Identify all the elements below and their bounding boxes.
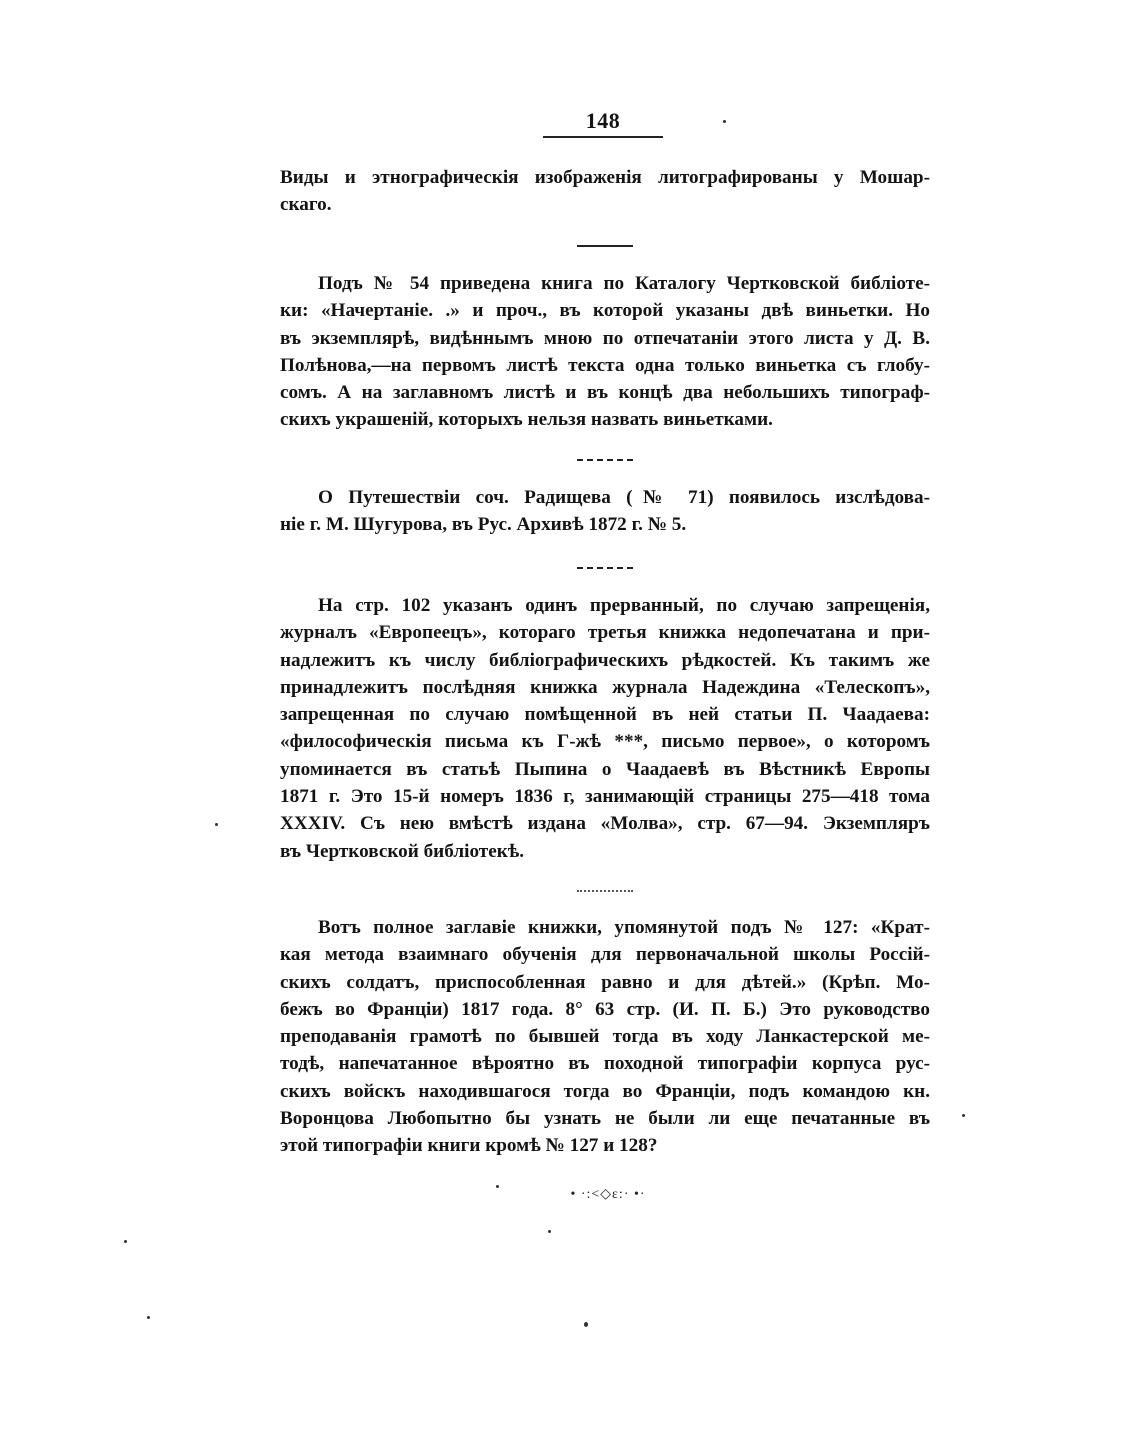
text-line: кая метода взаимнаго обученія для первон… bbox=[280, 941, 930, 968]
paragraph-3: О Путешествіи соч. Радищева (№ 71) появи… bbox=[280, 484, 930, 539]
scan-speck bbox=[496, 1185, 499, 1188]
text-line: упоминается въ статьѣ Пыпина о Чаадаевѣ … bbox=[280, 756, 930, 783]
scan-speck bbox=[723, 120, 726, 123]
text-line: «философическія письма къ Г-жѣ ***, пись… bbox=[280, 728, 930, 755]
text-line: Воронцова Любопытно бы узнать не были ли… bbox=[280, 1105, 930, 1132]
scan-speck bbox=[147, 1316, 150, 1319]
text-line: запрещенная по случаю помѣщенной въ ней … bbox=[280, 701, 930, 728]
end-ornament-icon: • ·:<◇ɛ:· •· bbox=[548, 1186, 668, 1203]
section-separator bbox=[577, 245, 633, 247]
text-line: скихъ войскъ находившагося тогда во Фран… bbox=[280, 1078, 930, 1105]
text-line: XXXIV. Съ нею вмѣстѣ издана «Молва», стр… bbox=[280, 810, 930, 837]
text-line: Полѣнова,—на первомъ листѣ текста одна т… bbox=[280, 352, 930, 379]
page-number: 148 bbox=[543, 108, 663, 134]
book-page: 148 Виды и этнографическія изображенія л… bbox=[0, 0, 1140, 1430]
text-line: принадлежитъ послѣдняя книжка журнала На… bbox=[280, 674, 930, 701]
text-line: скаго. bbox=[280, 191, 930, 218]
text-line: этой типографіи книги кромѣ № 127 и 128? bbox=[280, 1132, 930, 1159]
section-separator bbox=[577, 459, 633, 461]
text-line: ки: «Начертаніе. .» и проч., въ которой … bbox=[280, 297, 930, 324]
text-line: Виды и этнографическія изображенія литог… bbox=[280, 164, 930, 191]
section-separator bbox=[577, 890, 633, 892]
paragraph-4: На стр. 102 указанъ одинъ прерванный, по… bbox=[280, 592, 930, 865]
text-line: На стр. 102 указанъ одинъ прерванный, по… bbox=[280, 592, 930, 619]
paragraph-1: Виды и этнографическія изображенія литог… bbox=[280, 164, 930, 219]
paragraph-2: Подъ № 54 приведена книга по Каталогу Че… bbox=[280, 270, 930, 434]
text-line: бежъ во Франціи) 1817 года. 8° 63 стр. (… bbox=[280, 996, 930, 1023]
paragraph-5: Вотъ полное заглавіе книжки, упомянутой … bbox=[280, 914, 930, 1160]
text-line: въ экземплярѣ, видѣннымъ мною по отпечат… bbox=[280, 325, 930, 352]
text-line: скихъ украшеній, которыхъ нельзя назвать… bbox=[280, 406, 930, 433]
text-line: въ Чертковской библіотекѣ. bbox=[280, 838, 930, 865]
text-line: надлежитъ къ числу библіографическихъ рѣ… bbox=[280, 647, 930, 674]
scan-speck bbox=[215, 823, 218, 826]
scan-speck bbox=[548, 1230, 551, 1233]
text-line: тодѣ, напечатанное вѣроятно въ походной … bbox=[280, 1050, 930, 1077]
text-line: журналъ «Европеецъ», котораго третья кни… bbox=[280, 619, 930, 646]
text-line: сомъ. А на заглавномъ листѣ и въ концѣ д… bbox=[280, 379, 930, 406]
header-rule bbox=[543, 136, 663, 138]
text-line: Подъ № 54 приведена книга по Каталогу Че… bbox=[280, 270, 930, 297]
scan-speck bbox=[584, 1322, 588, 1327]
text-line: Вотъ полное заглавіе книжки, упомянутой … bbox=[280, 914, 930, 941]
text-line: ніе г. М. Шугурова, въ Рус. Архивѣ 1872 … bbox=[280, 511, 930, 538]
scan-speck bbox=[124, 1240, 127, 1243]
scan-speck bbox=[962, 1114, 965, 1117]
text-line: 1871 г. Это 15-й номеръ 1836 г, занимающ… bbox=[280, 783, 930, 810]
section-separator bbox=[577, 567, 633, 569]
text-line: преподаванія грамотѣ по бывшей тогда въ … bbox=[280, 1023, 930, 1050]
text-line: О Путешествіи соч. Радищева (№ 71) появи… bbox=[280, 484, 930, 511]
text-line: скихъ солдатъ, приспособленная равно и д… bbox=[280, 969, 930, 996]
